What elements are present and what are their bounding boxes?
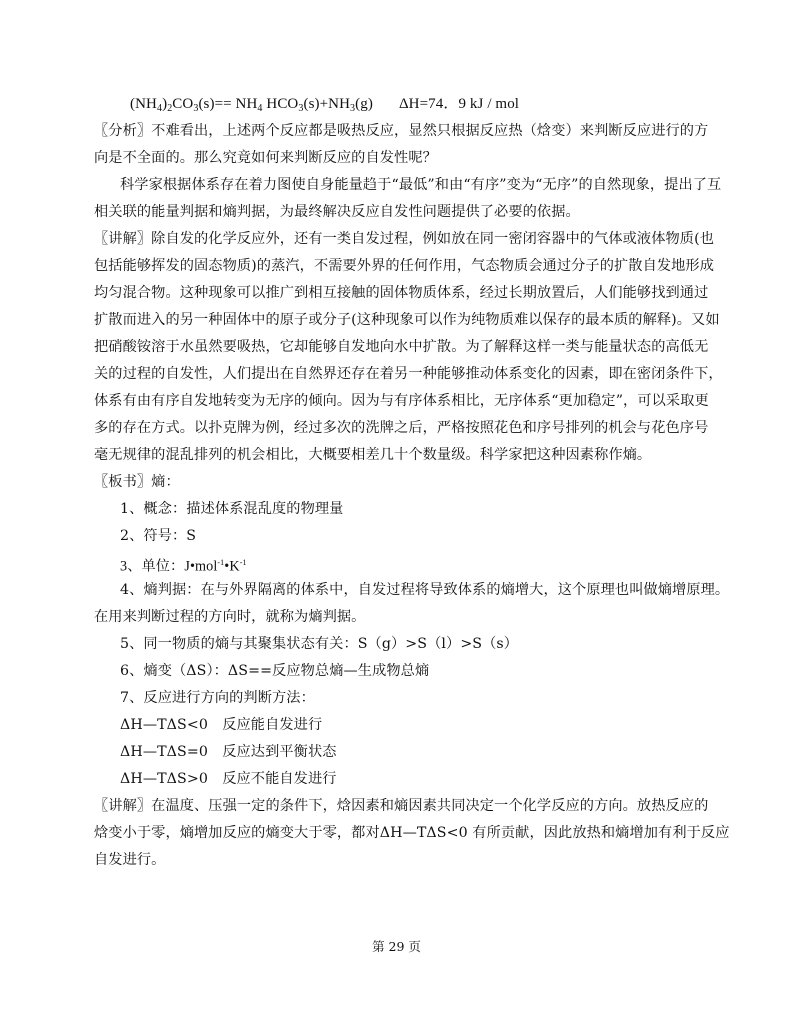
lecture-line: 体系有由有序自发地转变为无序的倾向。因为与有序体系相比，无序体系“更加稳定”，可… (94, 392, 706, 410)
lecture-line: 〖讲解〗除自发的化学反应外，还有一类自发过程，例如放在同一密闭容器中的气体或液体… (94, 230, 706, 248)
lecture-line: 把硝酸铵溶于水虽然要吸热，它却能够自发地向水中扩散。为了解释这样一类与能量状态的… (94, 338, 706, 356)
list-item-state: 5、同一物质的熵与其聚集状态有关：S（g）>S（l）>S（s） (120, 635, 732, 653)
lecture-line: 关的过程的自发性，人们提出在自然界还存在着另一种能够推动体系变化的因素，即在密闭… (94, 365, 706, 383)
lecture-line: 扩散而进入的另一种固体中的原子或分子(这种现象可以作为纯物质难以保存的最本质的解… (94, 311, 706, 329)
analysis-line: 向是不全面的。那么究竟如何来判断反应的自发性呢？ (94, 149, 706, 167)
lecture2-line: 焓变小于零，熵增加反应的熵变大于零，都对ΔH—TΔS<0 有所贡献，因此放热和熵… (94, 824, 706, 842)
list-item-direction: 7、反应进行方向的判断方法： (120, 689, 732, 707)
lecture-line: 均匀混合物。这种现象可以推广到相互接触的固体物质体系，经过长期放置后，人们能够找… (94, 284, 706, 302)
page-number: 第 29 页 (0, 937, 793, 955)
rule-line: ΔH—TΔS>0 反应不能自发进行 (120, 770, 732, 788)
lecture2-line: 〖讲解〗在温度、压强一定的条件下，焓因素和熵因素共同决定一个化学反应的方向。放热… (94, 797, 706, 815)
chemical-equation: (NH4)2CO3(s)== NH4 HCO3(s)+NH3(g)ΔH=74．9… (130, 95, 742, 113)
scientists-line: 科学家根据体系存在着力图使自身能量趋于“最低”和由“有序”变为“无序”的自然现象… (120, 176, 732, 194)
lecture2-line: 自发进行。 (94, 851, 706, 869)
list-item-symbol: 2、符号：S (120, 527, 732, 545)
list-item-entropy-change: 6、熵变（ΔS）：ΔS==反应物总熵—生成物总熵 (120, 662, 732, 680)
document-page: (NH4)2CO3(s)== NH4 HCO3(s)+NH3(g)ΔH=74．9… (0, 0, 793, 1020)
lecture-line: 包括能够挥发的固态物质)的蒸汽，不需要外界的任何作用，气态物质会通过分子的扩散自… (94, 257, 706, 275)
rule-line: ΔH—TΔS<0 反应能自发进行 (120, 716, 732, 734)
list-item-entropy-criterion: 在用来判断过程的方向时，就称为熵判据。 (94, 608, 706, 626)
list-item-unit: 3、单位：J•mol-1•K-1 (120, 554, 732, 576)
lecture-line: 多的存在方式。以扑克牌为例，经过多次的洗牌之后，严格按照花色和序号排列的机会与花… (94, 419, 706, 437)
lecture-line: 毫无规律的混乱排列的机会相比，大概要相差几十个数量级。科学家把这种因素称作熵。 (94, 446, 706, 464)
list-item-entropy-criterion: 4、熵判据：在与外界隔离的体系中，自发过程将导致体系的熵增大，这个原理也叫做熵增… (120, 581, 732, 599)
list-item-concept: 1、概念：描述体系混乱度的物理量 (120, 500, 732, 518)
enthalpy-value: ΔH=74．9 kJ / mol (399, 96, 519, 112)
analysis-line: 〖分析〗不难看出，上述两个反应都是吸热反应，显然只根据反应热（焓变）来判断反应进… (94, 122, 706, 140)
rule-line: ΔH—TΔS=0 反应达到平衡状态 (120, 743, 732, 761)
scientists-line: 相关联的能量判据和熵判据，为最终解决反应自发性问题提供了必要的依据。 (94, 203, 706, 221)
board-heading: 〖板书〗熵： (94, 473, 706, 491)
